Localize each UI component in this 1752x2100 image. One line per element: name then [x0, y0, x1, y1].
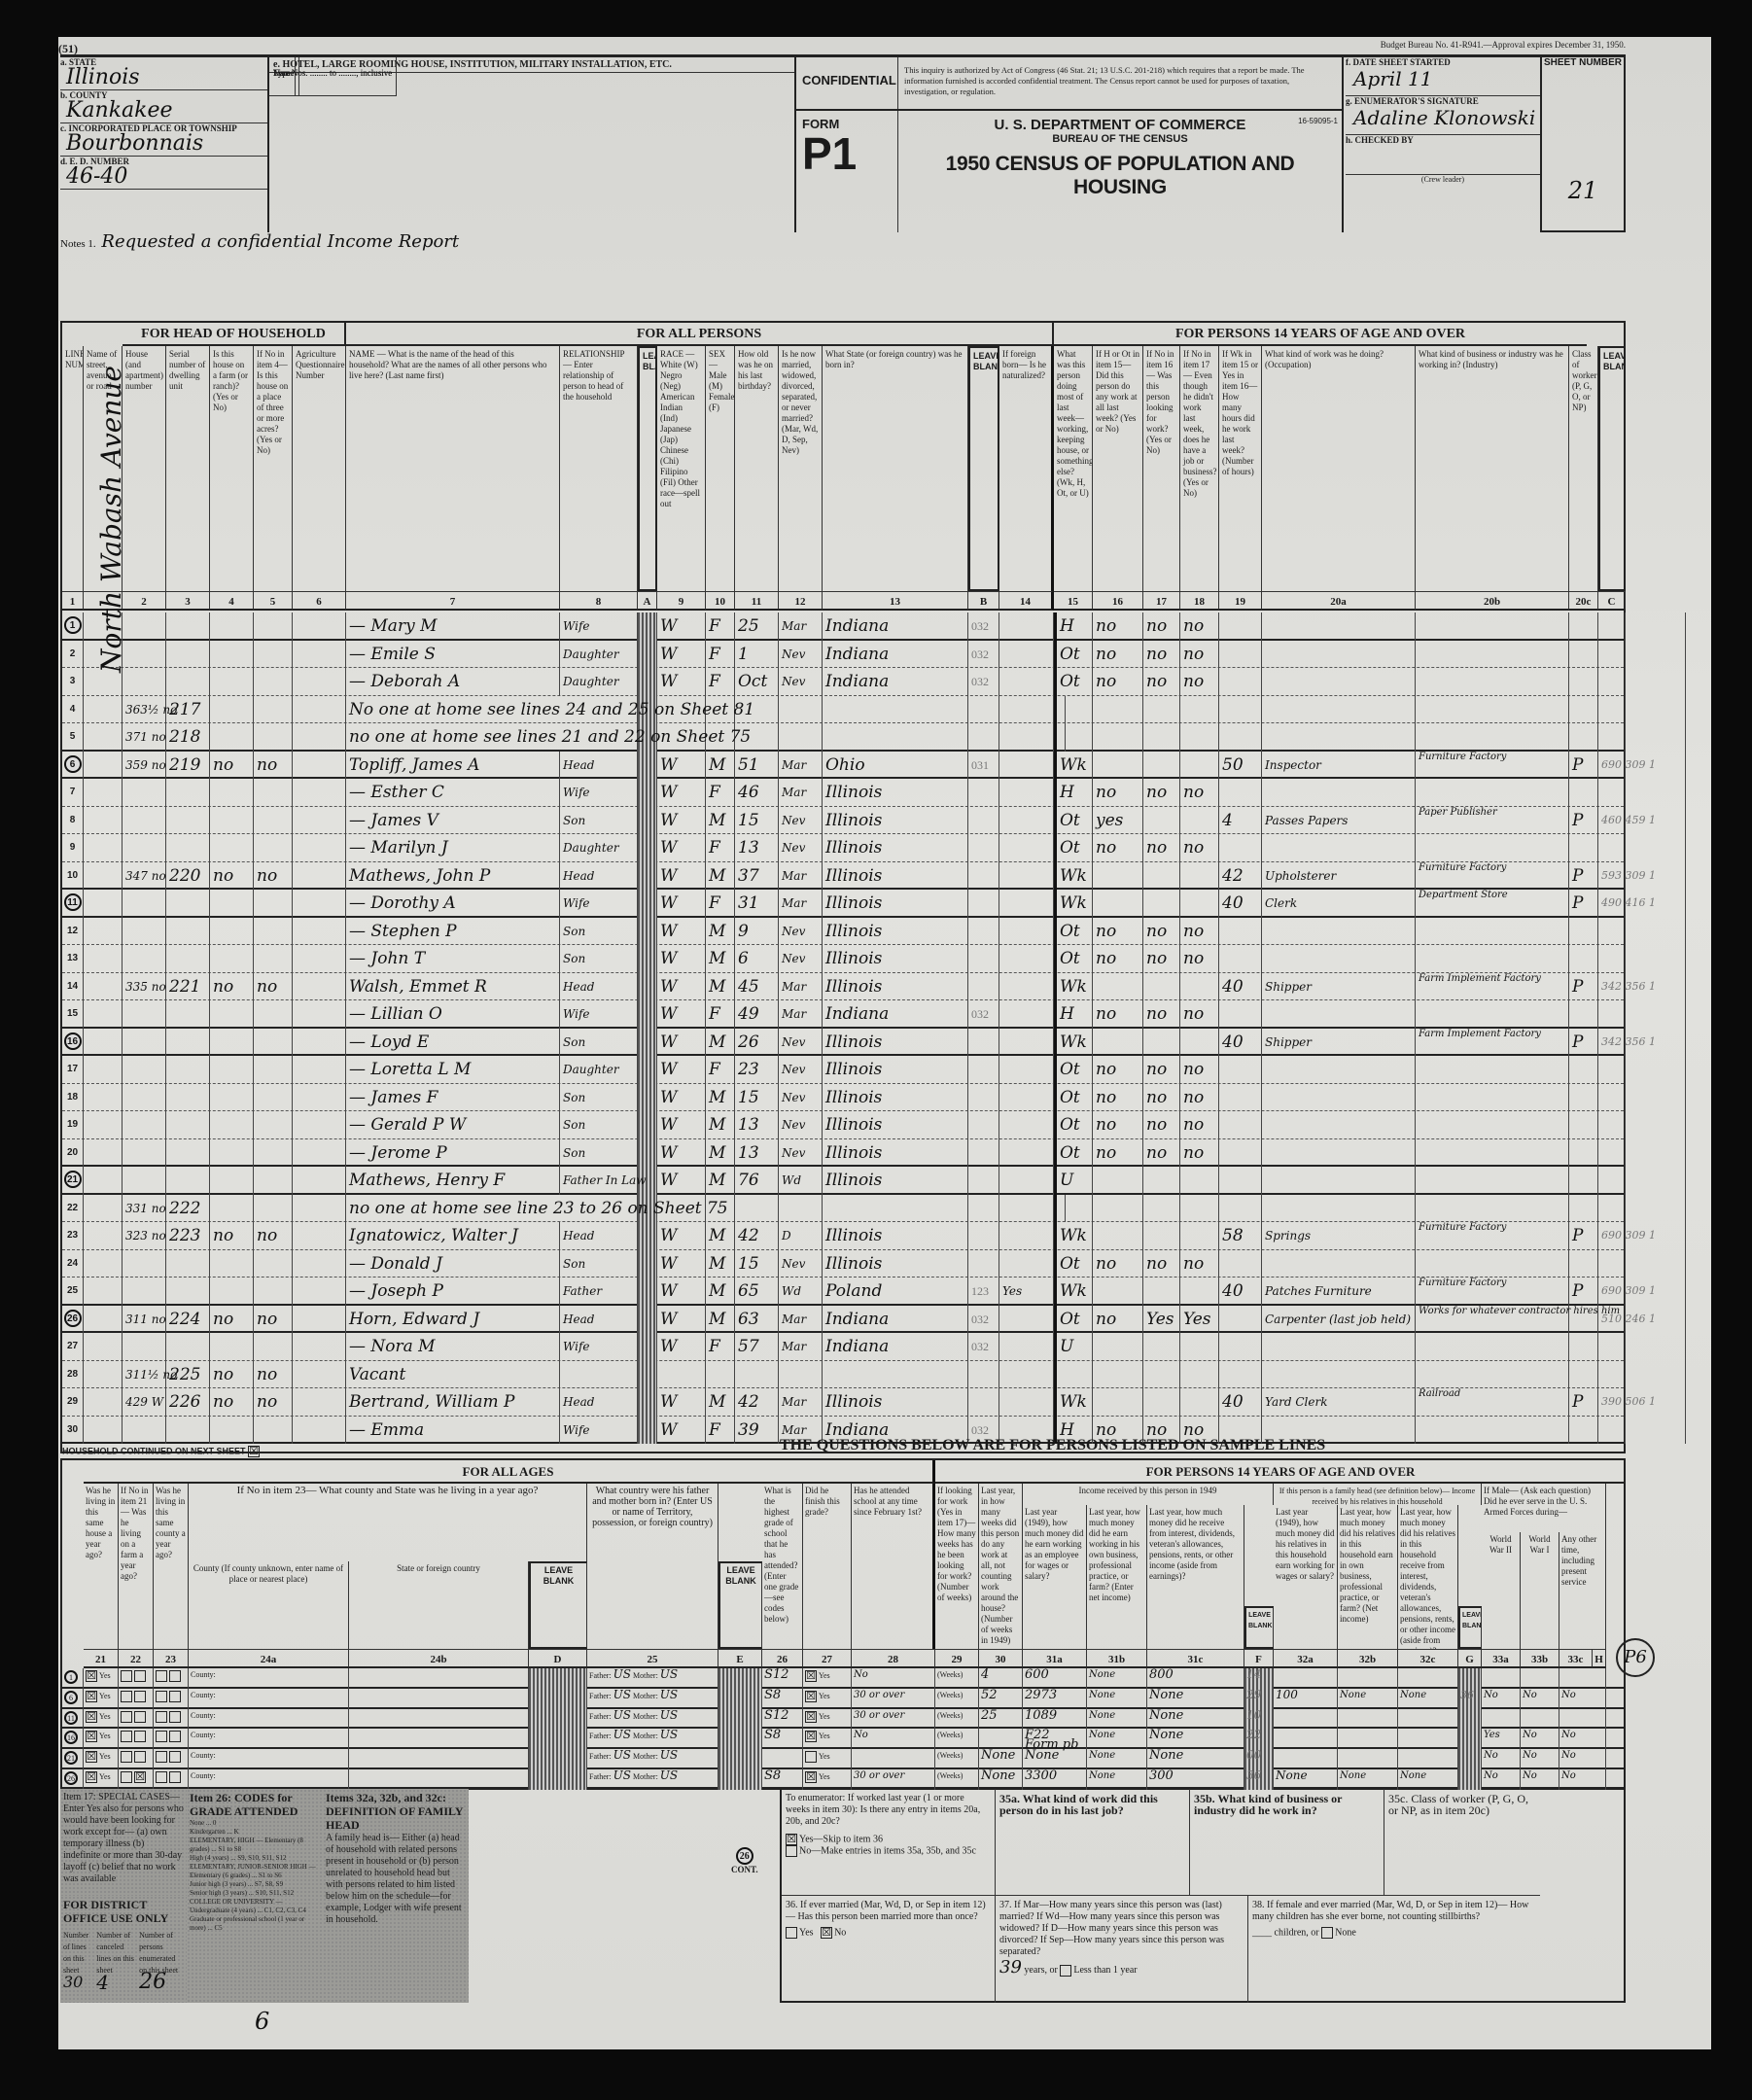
cell-hours — [1219, 834, 1262, 862]
cell-name: — Emile S — [346, 641, 560, 669]
grade-value: S12 — [764, 1708, 788, 1723]
lines-count: Number of lines on this sheet30 — [63, 1930, 92, 1988]
cell-q17 — [1143, 807, 1180, 835]
cell-acres — [254, 1333, 293, 1361]
cell-industry: Department Store — [1416, 890, 1569, 918]
q37-less-checkbox[interactable] — [1060, 1965, 1071, 1977]
enumerator-signature: Adaline Klonowski — [1346, 106, 1540, 135]
cell-farm: no — [210, 1361, 254, 1389]
cell-q17 — [1143, 1222, 1180, 1250]
cell-activity: Wk — [1054, 862, 1093, 891]
c31b-cell: None — [1087, 1729, 1147, 1749]
checkbox[interactable] — [121, 1711, 132, 1723]
cell-cls — [1569, 1084, 1598, 1112]
cell-nat — [999, 1361, 1054, 1389]
enumerator-label: g. ENUMERATOR'S SIGNATURE — [1346, 96, 1540, 106]
cell-q18 — [1180, 973, 1219, 1001]
cell-age: 31 — [735, 890, 779, 918]
cell-hours — [1219, 641, 1262, 669]
checkbox[interactable] — [169, 1771, 181, 1783]
c24b-cell — [349, 1689, 529, 1709]
sample-line-marker: 26 — [64, 1310, 82, 1327]
q37-less-label: Less than 1 year — [1073, 1965, 1137, 1976]
colnum-c: C — [1598, 591, 1626, 611]
colnum-7: 7 — [346, 591, 560, 611]
cell-rel: Wife — [560, 779, 638, 807]
weeks-label: (Weeks) — [937, 1711, 963, 1720]
cell-house — [123, 1029, 166, 1057]
cell-q16 — [1093, 1333, 1143, 1361]
cell-serial — [166, 807, 210, 835]
colhead-line: LINE NUMBER — [62, 346, 84, 591]
checkbox[interactable] — [121, 1751, 132, 1763]
cell-house: 331 no — [123, 1195, 166, 1223]
checkbox[interactable]: ☒ — [86, 1771, 97, 1783]
cell-occupation — [1262, 1195, 1416, 1223]
cell-race: W — [657, 918, 706, 946]
cell-occupation: Clerk — [1262, 890, 1416, 918]
f-code: 10 — [1246, 1708, 1261, 1722]
table-row: 10347 no220nonoMathews, John PHeadWM37Ma… — [62, 862, 1624, 891]
checkbox[interactable] — [169, 1731, 181, 1742]
section-all-ages: FOR ALL AGES — [84, 1460, 935, 1484]
cell-farm — [210, 668, 254, 696]
cell-house — [123, 807, 166, 835]
cell-q18 — [1180, 862, 1219, 891]
code-occupation: 510 — [1601, 1312, 1622, 1325]
yes-label: Yes — [819, 1671, 830, 1680]
ww2-value: No — [1484, 1770, 1498, 1781]
checkbox[interactable] — [134, 1751, 146, 1763]
cell-b — [968, 1167, 999, 1195]
mother-birthplace: US — [660, 1768, 678, 1782]
cell-activity: Ot — [1054, 1084, 1093, 1112]
cell-nat — [999, 834, 1054, 862]
cell-house — [123, 779, 166, 807]
cell-b — [968, 973, 999, 1001]
cell-occupation — [1262, 834, 1416, 862]
code-industry: 416 — [1626, 896, 1646, 909]
c32b-cell — [1338, 1668, 1398, 1689]
cell-cls: P — [1569, 1277, 1598, 1306]
yes-label: Yes — [819, 1732, 830, 1740]
c33c-cell: No — [1559, 1729, 1606, 1749]
checkbox[interactable]: ☒ — [86, 1731, 97, 1742]
cell-nat — [999, 945, 1054, 973]
checkbox[interactable] — [169, 1670, 181, 1682]
c33b-cell: No — [1521, 1689, 1559, 1709]
grade-code-item: Kindergarten ... K — [190, 1828, 320, 1837]
cell-activity: Ot — [1054, 1306, 1093, 1334]
cell-q16: no — [1093, 1056, 1143, 1084]
checkbox[interactable] — [156, 1771, 167, 1783]
checkbox[interactable] — [156, 1691, 167, 1702]
business-income-value: None — [1089, 1770, 1115, 1781]
cell-c-codes: 690 309 1 — [1598, 752, 1686, 780]
f-code: 29 — [1246, 1688, 1261, 1701]
cell-industry — [1416, 1333, 1569, 1361]
shead-24: If No in item 23— What county and State … — [189, 1484, 587, 1561]
colnum-8: 8 — [560, 591, 638, 611]
checkbox[interactable] — [169, 1711, 181, 1723]
sample-colnum-25: 25 — [587, 1649, 718, 1668]
cell-marital: Nev — [779, 1250, 823, 1278]
cell-house — [123, 1139, 166, 1168]
shead-25: What country were his father and mother … — [587, 1484, 718, 1649]
mother-birthplace: US — [660, 1728, 678, 1741]
cell-marital: Mar — [779, 890, 823, 918]
cell-rel — [560, 1361, 638, 1389]
cell-serial: 225 — [166, 1361, 210, 1389]
colhead-relationship: RELATIONSHIP — Enter relationship of per… — [560, 346, 638, 591]
cell-house: 359 no — [123, 752, 166, 780]
sample-line-marker: 16 — [64, 1032, 82, 1050]
c21-cell: ☒Yes — [84, 1729, 119, 1749]
cell-house — [123, 834, 166, 862]
notes-label: Notes 1. — [60, 238, 96, 250]
shead-31: Income received by this person in 1949 — [1023, 1484, 1274, 1505]
cell-b: 032 — [968, 668, 999, 696]
household-continued-label: HOUSEHOLD CONTINUED ON NEXT SHEET — [62, 1446, 246, 1455]
checkbox[interactable] — [134, 1731, 146, 1742]
cell-nat — [999, 1056, 1054, 1084]
c29-cell: (Weeks) — [935, 1709, 979, 1730]
checkbox[interactable]: ☒ — [86, 1711, 97, 1723]
cell-acres — [254, 612, 293, 641]
wages-value: None — [1025, 1748, 1059, 1763]
county-label: County: — [191, 1731, 216, 1739]
cell-house — [123, 668, 166, 696]
grade-code-label: Senior high (3 years) — [190, 1889, 247, 1897]
q38-none-checkbox[interactable] — [1321, 1927, 1333, 1939]
cell-age: 65 — [735, 1277, 779, 1306]
cell-house — [123, 945, 166, 973]
cell-acres — [254, 668, 293, 696]
cell-sex: M — [706, 973, 735, 1001]
code-class: 1 — [1649, 758, 1656, 771]
empty-cell — [84, 1361, 123, 1389]
father-label: Father: — [589, 1692, 612, 1700]
mother-birthplace: US — [660, 1667, 678, 1681]
sample-line-number: 26 — [64, 1771, 78, 1785]
cell-hours — [1219, 779, 1262, 807]
checkbox[interactable]: ☒ — [805, 1731, 817, 1742]
cell-hours: 50 — [1219, 752, 1262, 780]
rel-business-value: None — [1340, 1690, 1366, 1700]
cell-sex: M — [706, 862, 735, 891]
special-cases-note: Item 17: SPECIAL CASES—Enter Yes also fo… — [60, 1789, 187, 1896]
cell-b — [968, 779, 999, 807]
sample-colnum-32c: 32c — [1398, 1649, 1458, 1668]
cell-q16: no — [1093, 641, 1143, 669]
cell-activity: Wk — [1054, 1029, 1093, 1057]
cell-marital: Mar — [779, 779, 823, 807]
census-title: 1950 CENSUS OF POPULATION AND HOUSING — [898, 153, 1342, 199]
c24a-cell: County: — [189, 1709, 349, 1730]
table-row: 27— Nora MWifeWF57MarIndiana032U — [62, 1333, 1624, 1361]
cell-industry — [1416, 1139, 1569, 1168]
c29-cell: (Weeks) — [935, 1729, 979, 1749]
cell-q18: no — [1180, 1000, 1219, 1029]
cell-activity — [1054, 1361, 1093, 1389]
cell-race: W — [657, 1417, 706, 1445]
checkbox[interactable]: ☒ — [805, 1711, 817, 1723]
cell-rel: Head — [560, 1306, 638, 1334]
cell-q17 — [1143, 1333, 1180, 1361]
sample-colnum-26: 26 — [762, 1649, 803, 1668]
checkbox[interactable] — [169, 1751, 181, 1763]
f-code: 36 — [1246, 1768, 1261, 1782]
empty-cell — [638, 1000, 657, 1029]
cell-acres — [254, 1000, 293, 1029]
shead-32: If this person is a family head (see def… — [1274, 1484, 1482, 1505]
checkbox[interactable] — [134, 1691, 146, 1702]
cell-race: W — [657, 945, 706, 973]
cell-serial — [166, 1139, 210, 1168]
q34-no-checkbox[interactable] — [786, 1845, 797, 1857]
cell-race: W — [657, 1388, 706, 1417]
c21-cell: ☒Yes — [84, 1749, 119, 1769]
cell-acres — [254, 1056, 293, 1084]
cell-sex: M — [706, 1084, 735, 1112]
sample-colnum-24b: 24b — [349, 1649, 529, 1668]
cell-serial: 220 — [166, 862, 210, 891]
empty-cell — [84, 834, 123, 862]
checkbox[interactable] — [134, 1670, 146, 1682]
cell-cls: P — [1569, 862, 1598, 891]
cell-rel: Wife — [560, 1333, 638, 1361]
cell-nat — [999, 612, 1054, 641]
cell-activity: H — [1054, 1000, 1093, 1029]
cell-birthplace: Indiana — [823, 641, 968, 669]
place-value: Bourbonnais — [60, 133, 267, 157]
checkbox[interactable] — [156, 1711, 167, 1723]
c31a-cell: 1089 — [1023, 1709, 1087, 1730]
cell-age: 26 — [735, 1029, 779, 1057]
sample-line-cell: 26 — [62, 1769, 84, 1790]
colhead-name: NAME — What is the name of the head of t… — [346, 346, 560, 591]
empty-cell — [638, 807, 657, 835]
empty-cell — [84, 1306, 123, 1334]
cell-cls — [1569, 1167, 1598, 1195]
empty-cell — [84, 890, 123, 918]
family-head-title: Items 32a, 32b, and 32c: DEFINITION OF F… — [326, 1791, 463, 1832]
colnum-15: 15 — [1054, 591, 1093, 611]
father-birthplace: US — [613, 1708, 631, 1722]
checkbox[interactable]: ☒ — [805, 1691, 817, 1702]
cell-sex: F — [706, 890, 735, 918]
cell-nat — [999, 1139, 1054, 1168]
checkbox[interactable] — [169, 1691, 181, 1702]
checkbox[interactable]: ☒ — [805, 1771, 817, 1783]
c24a-cell: County: — [189, 1689, 349, 1709]
c28-cell: 30 or over — [852, 1689, 935, 1709]
colhead-birthplace: What State (or foreign country) was he b… — [823, 346, 968, 591]
c33b-cell: No — [1521, 1749, 1559, 1769]
cell-q16 — [1093, 1195, 1143, 1223]
cell-marital: D — [779, 1222, 823, 1250]
mother-label: Mother: — [633, 1671, 658, 1680]
colhead-q16: If H or Ot in item 15— Did this person d… — [1093, 346, 1143, 591]
cell-c-codes — [1598, 668, 1686, 696]
checkbox[interactable] — [156, 1670, 167, 1682]
cell-farm — [210, 1333, 254, 1361]
cell-cls — [1569, 1361, 1598, 1389]
cell-serial — [166, 1000, 210, 1029]
cell-age: 9 — [735, 918, 779, 946]
colhead-naturalized: If foreign born— Is he naturalized? — [999, 346, 1054, 591]
grade-value: S8 — [764, 1728, 781, 1742]
checkbox[interactable]: ☒ — [86, 1691, 97, 1702]
cell-line: 6 — [62, 752, 84, 780]
cell-sex: M — [706, 1250, 735, 1278]
cell-occupation — [1262, 1111, 1416, 1139]
cell-serial — [166, 1417, 210, 1445]
checkbox[interactable]: ☒ — [86, 1670, 97, 1682]
cell-industry — [1416, 723, 1569, 752]
cell-q17: Yes — [1143, 1306, 1180, 1334]
checkbox[interactable] — [121, 1670, 132, 1682]
cell-q16: no — [1093, 1250, 1143, 1278]
cell-b: 032 — [968, 1000, 999, 1029]
c31a-cell: 2973 — [1023, 1689, 1087, 1709]
checkbox[interactable]: ☒ — [805, 1670, 817, 1682]
c23-cell — [154, 1729, 189, 1749]
empty-cell — [84, 1333, 123, 1361]
empty-cell — [84, 1250, 123, 1278]
c33a-cell: Yes — [1482, 1729, 1521, 1749]
extra-mark: 6 — [255, 2008, 269, 2035]
household-continued-checkbox[interactable]: ☒ — [248, 1446, 260, 1457]
grade-codes: Item 26: CODES for GRADE ATTENDED None .… — [187, 1789, 323, 2003]
sample-row: 11☒YesCounty:Father: US Mother: USS12☒Ye… — [62, 1709, 1624, 1730]
checkbox[interactable] — [121, 1771, 132, 1783]
q37: 37. If Mar—How many years since this per… — [996, 1896, 1248, 2003]
checkbox[interactable] — [156, 1731, 167, 1742]
colhead-q18: If No in item 17— Even though he didn't … — [1180, 346, 1219, 591]
cell-farm — [210, 1111, 254, 1139]
empty-cell — [638, 1333, 657, 1361]
checkbox[interactable] — [121, 1691, 132, 1702]
colnum-6: 6 — [293, 591, 346, 611]
cell-house — [123, 1056, 166, 1084]
cell-b — [968, 1139, 999, 1168]
cell-q18 — [1180, 807, 1219, 835]
population-table: FOR HEAD OF HOUSEHOLD FOR ALL PERSONS FO… — [60, 321, 1626, 1453]
checkbox[interactable] — [121, 1731, 132, 1742]
table-row: 18— James FSonWM15NevIllinoisOtnonono — [62, 1084, 1624, 1112]
c21-cell: ☒Yes — [84, 1709, 119, 1730]
cell-industry — [1416, 1250, 1569, 1278]
cell-b: 032 — [968, 1333, 999, 1361]
county-label: County: — [191, 1771, 216, 1780]
c21-cell: ☒Yes — [84, 1668, 119, 1689]
cell-sex: F — [706, 834, 735, 862]
colhead-c: LEAVE BLANK — [1598, 346, 1626, 591]
cell-rel: Son — [560, 1084, 638, 1112]
cell-house — [123, 1333, 166, 1361]
grade-value: S8 — [764, 1768, 781, 1783]
confidential-word: CONFIDENTIAL — [796, 57, 898, 109]
cell-farm: no — [210, 752, 254, 780]
county-label: County: — [191, 1670, 216, 1679]
cell-name: — Gerald P W — [346, 1111, 560, 1139]
cell-marital: Mar — [779, 1000, 823, 1029]
cell-line: 5 — [62, 723, 84, 752]
cell-c-codes: 342 356 1 — [1598, 973, 1686, 1001]
cell-race: W — [657, 1306, 706, 1334]
q38: 38. If female and ever married (Mar, Wd,… — [1248, 1896, 1540, 2003]
checkbox[interactable]: ☒ — [134, 1771, 146, 1783]
cell-serial — [166, 1056, 210, 1084]
continued-line-marker: 26 CONT. — [731, 1847, 758, 1874]
cell-hours — [1219, 1000, 1262, 1029]
attend-value: No — [854, 1669, 868, 1680]
colhead-race: RACE — White (W) Negro (Neg) American In… — [657, 346, 706, 591]
q34-no-label: No—Make entries in items 35a, 35b, and 3… — [799, 1846, 976, 1857]
cell-acres — [254, 945, 293, 973]
cell-house: 363½ no — [123, 696, 166, 724]
checkbox[interactable] — [134, 1711, 146, 1723]
c31c-cell: 300 — [1147, 1769, 1244, 1790]
cell-nat — [999, 641, 1054, 669]
cell-cls — [1569, 641, 1598, 669]
c22-cell — [119, 1729, 154, 1749]
c22-cell — [119, 1709, 154, 1730]
empty-cell — [293, 862, 346, 891]
empty-cell — [638, 641, 657, 669]
sample-line-marker: 1 — [64, 616, 82, 634]
q36-yes-checkbox[interactable] — [786, 1927, 797, 1939]
empty-cell — [84, 1000, 123, 1029]
cell-hours — [1219, 1167, 1262, 1195]
checkbox[interactable] — [805, 1751, 817, 1763]
cell-b — [968, 1361, 999, 1389]
cell-serial — [166, 641, 210, 669]
cell-hours — [1219, 612, 1262, 641]
code-occupation: 342 — [1601, 980, 1622, 993]
cell-age: 45 — [735, 973, 779, 1001]
checkbox[interactable] — [156, 1751, 167, 1763]
q34-yes-checkbox[interactable]: ☒ — [786, 1834, 797, 1845]
section-over-14: FOR PERSONS 14 YEARS OF AGE AND OVER — [1054, 323, 1587, 346]
cell-q16 — [1093, 752, 1143, 780]
sample-colnum-33c: 33c — [1559, 1649, 1593, 1668]
empty-cell — [84, 1056, 123, 1084]
checkbox[interactable]: ☒ — [86, 1751, 97, 1763]
table-row: 26311 no224nonoHorn, Edward JHeadWM63Mar… — [62, 1306, 1624, 1334]
empty-cell — [638, 1222, 657, 1250]
other-income-value: None — [1149, 1708, 1183, 1723]
c25-cell: Father: US Mother: US — [587, 1668, 718, 1689]
cell-hours — [1219, 1139, 1262, 1168]
cell-birthplace: Indiana — [823, 612, 968, 641]
sample-colnum-27: 27 — [803, 1649, 852, 1668]
county-label: County: — [191, 1751, 216, 1760]
cell-marital: Wd — [779, 1167, 823, 1195]
cell-rel: Son — [560, 1111, 638, 1139]
cell-birthplace: Indiana — [823, 1333, 968, 1361]
colhead-class: Class of worker (P, G, O, or NP) — [1569, 346, 1598, 591]
cell-rel: Head — [560, 752, 638, 780]
cell-hours — [1219, 696, 1262, 724]
q36-no-checkbox[interactable]: ☒ — [821, 1927, 832, 1939]
q37-text: 37. If Mar—How many years since this per… — [999, 1900, 1244, 1958]
street-name: North Wabash Avenue — [95, 366, 127, 673]
cell-q17: no — [1143, 1250, 1180, 1278]
cell-nat — [999, 1222, 1054, 1250]
colnum-5: 5 — [254, 591, 293, 611]
